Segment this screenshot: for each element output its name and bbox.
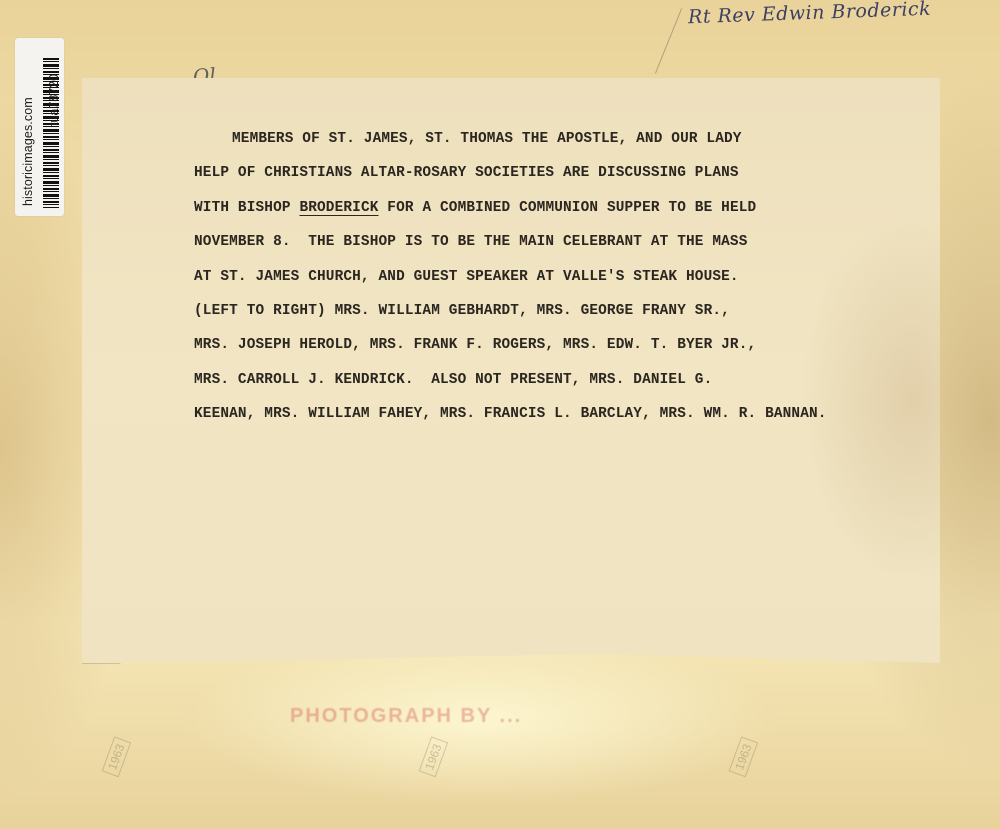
faint-date-stamp: 1963 [419,737,448,778]
caption-line: HELP OF CHRISTIANS ALTAR-ROSARY SOCIETIE… [194,156,934,190]
barcode-sticker: historicimages.com tua78720 [15,38,64,216]
sticker-site: historicimages.com [21,97,35,206]
caption-fragment: WITH BISHOP [194,200,299,216]
faint-date-stamp: 1963 [102,737,131,778]
caption-strip: MEMBERS OF ST. JAMES, ST. THOMAS THE APO… [82,78,940,663]
caption-line: (LEFT TO RIGHT) MRS. WILLIAM GEBHARDT, M… [194,294,934,328]
caption-text: MEMBERS OF ST. JAMES, ST. THOMAS THE APO… [194,122,934,432]
underlined-name: BRODERICK [299,200,378,216]
caption-line: MRS. JOSEPH HEROLD, MRS. FRANK F. ROGERS… [194,328,934,362]
caption-line: MEMBERS OF ST. JAMES, ST. THOMAS THE APO… [194,122,934,156]
caption-line: MRS. CARROLL J. KENDRICK. ALSO NOT PRESE… [194,363,934,397]
caption-line: NOVEMBER 8. THE BISHOP IS TO BE THE MAIN… [194,225,934,259]
pencil-mark [655,8,682,73]
caption-line: KEENAN, MRS. WILLIAM FAHEY, MRS. FRANCIS… [194,397,934,431]
sticker-id: tua78720 [47,74,61,126]
sticker-text: historicimages.com tua78720 [17,38,66,216]
caption-fragment: FOR A COMBINED COMMUNION SUPPER TO BE HE… [379,200,757,216]
handwritten-note-top: Rt Rev Edwin Broderick [688,0,932,28]
faint-date-stamp: 1963 [729,737,758,778]
caption-line: WITH BISHOP BRODERICK FOR A COMBINED COM… [194,191,934,225]
caption-line: AT ST. JAMES CHURCH, AND GUEST SPEAKER A… [194,260,934,294]
red-ink-stamp: PHOTOGRAPH BY ... [290,705,522,728]
